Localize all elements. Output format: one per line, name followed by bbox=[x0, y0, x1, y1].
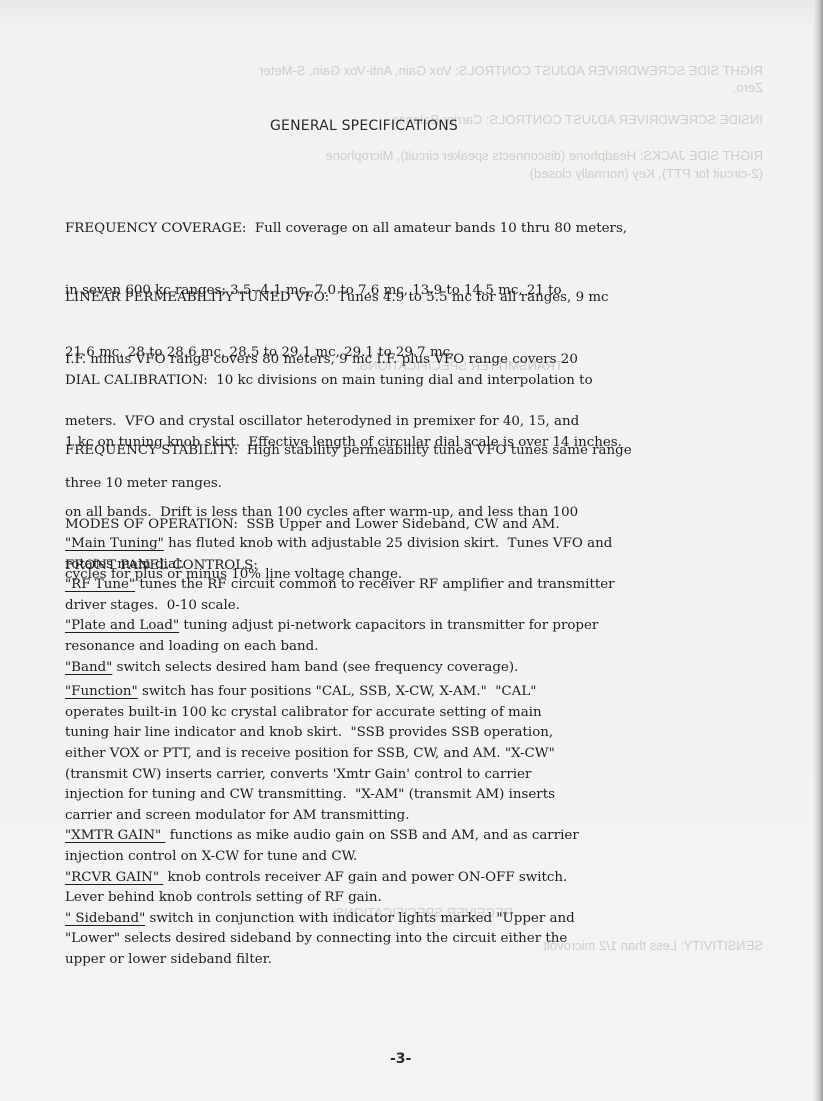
text-line: injection control on X-CW for tune and C… bbox=[65, 847, 615, 868]
control-description: switch has four positions "CAL, SSB, X-C… bbox=[138, 684, 537, 699]
control-description: tunes the RF circuit common to receiver … bbox=[135, 577, 615, 592]
text-line: resonance and loading on each band. bbox=[65, 637, 615, 658]
page-title: GENERAL SPECIFICATIONS bbox=[270, 118, 458, 134]
text-line: rotates main dial. bbox=[65, 555, 615, 576]
text-line: DIAL CALIBRATION: 10 kc divisions on mai… bbox=[65, 371, 622, 392]
control-entry: "Function" switch has four positions "CA… bbox=[65, 682, 615, 703]
text-line: tuning hair line indicator and knob skir… bbox=[65, 723, 615, 744]
control-entry: "Plate and Load" tuning adjust pi-networ… bbox=[65, 616, 615, 637]
control-description: switch in conjunction with indicator lig… bbox=[145, 911, 574, 926]
text-line: operates built-in 100 kc crystal calibra… bbox=[65, 703, 615, 724]
control-name: "RF Tune" bbox=[65, 577, 135, 592]
text-line: injection for tuning and CW transmitting… bbox=[65, 785, 615, 806]
control-description: knob controls receiver AF gain and power… bbox=[163, 870, 567, 885]
control-description: Lever behind knob controls setting of RF… bbox=[65, 890, 382, 905]
control-description: driver stages. 0-10 scale. bbox=[65, 598, 240, 613]
text-line: FREQUENCY COVERAGE: Full coverage on all… bbox=[65, 219, 627, 240]
control-name: " Sideband" bbox=[65, 911, 145, 926]
control-name: "Band" bbox=[65, 660, 112, 675]
text-line: "Lower" selects desired sideband by conn… bbox=[65, 929, 615, 950]
control-entry: "XMTR GAIN" functions as mike audio gain… bbox=[65, 826, 615, 847]
control-description: tuning adjust pi-network capacitors in t… bbox=[179, 618, 598, 633]
text-line: carrier and screen modulator for AM tran… bbox=[65, 806, 615, 827]
control-name: "Function" bbox=[65, 684, 138, 699]
control-description: injection for tuning and CW transmitting… bbox=[65, 787, 555, 802]
text-line: upper or lower sideband filter. bbox=[65, 950, 615, 971]
control-entry: "RCVR GAIN" knob controls receiver AF ga… bbox=[65, 868, 615, 889]
control-description: injection control on X-CW for tune and C… bbox=[65, 849, 357, 864]
text-line: FREQUENCY STABILITY: High stability perm… bbox=[65, 441, 632, 462]
page-number: -3- bbox=[390, 1051, 411, 1067]
control-description: (transmit CW) inserts carrier, converts … bbox=[65, 767, 531, 782]
control-description: resonance and loading on each band. bbox=[65, 639, 318, 654]
text-line: (transmit CW) inserts carrier, converts … bbox=[65, 765, 615, 786]
control-description: has fluted knob with adjustable 25 divis… bbox=[164, 536, 612, 551]
text-line: driver stages. 0-10 scale. bbox=[65, 596, 615, 617]
front-panel-controls-list: "Main Tuning" has fluted knob with adjus… bbox=[65, 534, 615, 970]
control-entry: " Sideband" switch in conjunction with i… bbox=[65, 909, 615, 930]
control-description: "Lower" selects desired sideband by conn… bbox=[65, 931, 567, 946]
control-description: carrier and screen modulator for AM tran… bbox=[65, 808, 409, 823]
control-description: upper or lower sideband filter. bbox=[65, 952, 272, 967]
control-entry: "Band" switch selects desired ham band (… bbox=[65, 658, 615, 679]
control-name: "Plate and Load" bbox=[65, 618, 179, 633]
text-line: LINEAR PERMEABILITY TUNED VFO: Tunes 4.9… bbox=[65, 288, 609, 309]
control-description: either VOX or PTT, and is receive positi… bbox=[65, 746, 555, 761]
control-name: "Main Tuning" bbox=[65, 536, 164, 551]
text-line: Lever behind knob controls setting of RF… bbox=[65, 888, 615, 909]
control-description: functions as mike audio gain on SSB and … bbox=[165, 828, 578, 843]
control-name: "XMTR GAIN" bbox=[65, 828, 165, 843]
control-description: switch selects desired ham band (see fre… bbox=[112, 660, 518, 675]
control-description: operates built-in 100 kc crystal calibra… bbox=[65, 705, 542, 720]
control-name: "RCVR GAIN" bbox=[65, 870, 163, 885]
control-description: tuning hair line indicator and knob skir… bbox=[65, 725, 553, 740]
control-entry: "RF Tune" tunes the RF circuit common to… bbox=[65, 575, 615, 596]
control-description: rotates main dial. bbox=[65, 557, 184, 572]
page-edge-shadow bbox=[813, 0, 823, 1101]
control-entry: "Main Tuning" has fluted knob with adjus… bbox=[65, 534, 615, 555]
text-line: either VOX or PTT, and is receive positi… bbox=[65, 744, 615, 765]
